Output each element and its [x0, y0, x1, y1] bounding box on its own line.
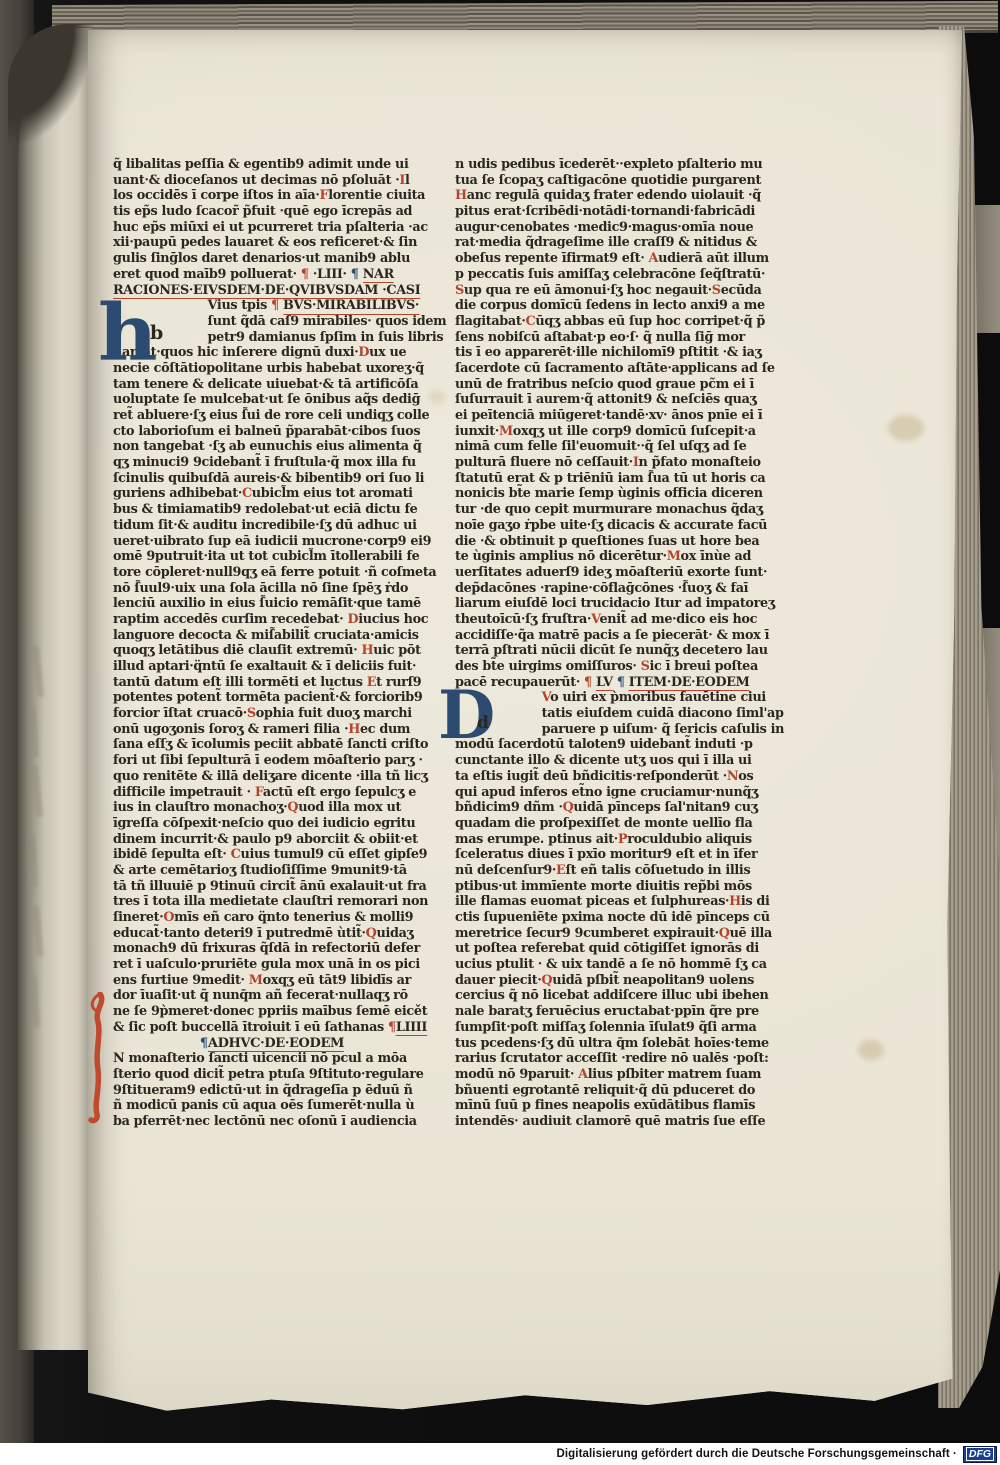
- text-line: ¶ADHVC·DE·EODEM: [113, 1036, 431, 1052]
- text-line: ueret·uibrato ſup eā iudicii mucrone·cor…: [113, 534, 426, 550]
- text-line: nonicis bt̃e marie ſemp ùginis officia d…: [455, 486, 768, 502]
- text-line: qui apud inferos et̃no igne cruciamur·nu…: [455, 785, 768, 801]
- text-line: educat̃·tanto deteri9 ī putredmē ùtit̃·Q…: [113, 926, 426, 942]
- text-line: nimā cum felle ſil'euomuit··q̃ ſel uſqʒ …: [455, 439, 768, 455]
- text-line: uerſitates aduerſ9 ideʒ mōaſteriū exorte…: [455, 565, 768, 581]
- text-line: cto laborioſum ei balneū p̃parabāt·cibos…: [113, 424, 426, 440]
- text-line: cercius q̃ nō licebat addiſcere illuc ub…: [455, 988, 768, 1004]
- text-line: tā tñ illuuiē p 9tinuū circit̃ ānū exala…: [113, 879, 426, 895]
- text-line: uoluptate ſe mulcebat·ut ſe ōnibus aq̃s …: [113, 392, 426, 408]
- text-line: rat·media q̃drageſime ille craſſ9 & niti…: [455, 235, 768, 251]
- text-line: gulis ſinḡlos daret denarios·ut manib9 a…: [113, 251, 426, 267]
- text-line: augur·cenobates ·medic9·magus·omīa noue: [455, 220, 768, 236]
- illuminated-initial-h: h: [98, 294, 158, 372]
- text-line: N monaſterio ſancti uicencii nō pcul a m…: [113, 1051, 426, 1067]
- scan-viewer: q̃ libalitas peſſia & egentib9 adimit un…: [0, 0, 1000, 1465]
- text-line: ſceleratus diues ī pxīo moritur9 eſt et …: [455, 847, 768, 863]
- text-line: modū ſacerdotū taloten9 uidebant̃ induti…: [455, 737, 768, 753]
- text-line: ſuſurrauit ī aurem·q̃ attonit9 & neſciēs…: [455, 392, 768, 408]
- digitization-credit-bar: Digitalisierung gefördert durch die Deut…: [0, 1443, 1000, 1465]
- text-line: eret quod maīb9 polluerat· ¶ ·LIII· ¶ NA…: [113, 267, 426, 283]
- text-column-right: n udis pedibus īcederēt··expleto pſalter…: [455, 157, 773, 1130]
- text-line: tantū datum eſt illi tormēti et luctus E…: [113, 675, 426, 691]
- text-line: bus & timiamatib9 redolebat·ut eciā dict…: [113, 502, 426, 518]
- text-line: obeſus repente īfirmat9 eſt· Audierā aūt…: [455, 251, 768, 267]
- text-line: dauer piecit·Quidā pſbit̃ neapolitan9 uo…: [455, 973, 768, 989]
- text-line: Sup qua re eū āmonui·ſʒ hoc negauit·Secū…: [455, 283, 768, 299]
- text-line: quo renitēte & illā deliʒare dicente ·il…: [113, 769, 426, 785]
- text-line: languore decocta & miſ̃abilit̃ cruciata·…: [113, 628, 426, 644]
- text-line: 9ſtitueram9 edictū·ut in q̃drageſīa p ēd…: [113, 1083, 426, 1099]
- text-line: ſens nobiſcū aſtabat·p eo·ſ· q̃ nulla ſi…: [455, 330, 768, 346]
- text-line: ta eſtis iugit̃ deū bñdicitis·reſponderū…: [455, 769, 768, 785]
- text-line: tis ep̃s ludo ſcacor̃ p̃fuit ·quē ego īc…: [113, 204, 426, 220]
- text-line: ucius ptulit · & uix tandē a ſe nō hommē…: [455, 957, 768, 973]
- text-line: forcior īſtat cruacō·Sophia fuit duoʒ ma…: [113, 706, 426, 722]
- text-line: cunctante illo & dicente utʒ uos qui ī i…: [455, 753, 768, 769]
- text-line: ſterio quod dicit̃ petra ptuſa 9ſtituto·…: [113, 1067, 426, 1083]
- text-line: tis ī eo apparerēt·ille nichilomī9 pſtit…: [455, 345, 768, 361]
- text-line: quoqʒ letātibus diē clauſit extremū· Hui…: [113, 643, 426, 659]
- text-line: modū nō 9paruit· Alius pſbiter matrem ſu…: [455, 1067, 768, 1083]
- text-column-left: q̃ libalitas peſſia & egentib9 adimit un…: [113, 157, 431, 1130]
- text-line: mas erumpe. ptinus ait·Proculdubio aliqu…: [455, 832, 768, 848]
- showthrough-text: [31, 765, 43, 817]
- text-line: Vius tpis ¶ BVS·MIRABILIBVS·: [113, 298, 426, 314]
- text-line: tidum ſit·& auditu incredibile·ſʒ dū adh…: [113, 518, 426, 534]
- book-photo: q̃ libalitas peſſia & egentib9 adimit un…: [0, 0, 1000, 1443]
- text-line: Vo uiri ex p̀moribus fauētine ciui: [455, 690, 768, 706]
- text-line: mīnū ſuū p fines neapolis exūdātibus fla…: [455, 1098, 768, 1114]
- showthrough-text: [28, 835, 38, 887]
- text-line: los occidēs ī corpe iſtos in aīa·Florent…: [113, 188, 426, 204]
- guide-letter-d: d: [477, 713, 489, 733]
- showthrough-text: [32, 905, 44, 957]
- text-line: ſacerdote cū ſacramento aſtāte·applicans…: [455, 361, 768, 377]
- text-line: nale baratʒ feruēcius eructabat·ppīn q̃r…: [455, 1004, 768, 1020]
- text-line: RACIONES·EIVSDEM·DE·QVIBVSDAM ·CASI: [113, 283, 426, 299]
- text-line: ctis ſupueniēte pxima nocte dū idē pīnce…: [455, 910, 768, 926]
- text-line: uant·& dioceſanos ut decimas nō pſoluāt …: [113, 173, 426, 189]
- text-line: noīe gaʒo ṙpbe uite·ſʒ dicacis & accurat…: [455, 518, 768, 534]
- text-line: īgreſſa cōſpexit·neſcio quo dei iudicio …: [113, 816, 426, 832]
- text-line: onū ugoʒonis ſoroʒ & rameri filia ·Hec d…: [113, 722, 426, 738]
- text-line: nō ſ̃uul9·uix una ſola ācilla nō ſine ſp…: [113, 581, 426, 597]
- text-line: tres ī tota illa medietate clauſtri remo…: [113, 894, 426, 910]
- text-line: intendēs· audiuit clamorē quē matris ſue…: [455, 1114, 768, 1130]
- facing-leaf-roll: [18, 28, 92, 1350]
- text-line: ñ modicū panis cū aqua oēs ſumerēt·nulla…: [113, 1098, 426, 1114]
- text-line: necie cōſtātiopolitane urbis habebat uxo…: [113, 361, 426, 377]
- text-line: lenciū auxilio in eius ſ̃uicio remāſit·q…: [113, 596, 426, 612]
- credit-text: Digitalisierung gefördert durch die Deut…: [556, 1448, 957, 1460]
- text-line: tus pcedens·ſʒ dū ultra q̄m ſolebāt hoīe…: [455, 1036, 768, 1052]
- text-line: pacē recupauerūt· ¶ LV ¶ ITEM·DE·EODEM: [455, 675, 768, 691]
- text-line: ſtatutū erat & p triēniū iam ſ̃ua tū ut …: [455, 471, 768, 487]
- text-line: illud aptari·q̈ntū ſe exaltauit & ī deli…: [113, 659, 426, 675]
- text-line: tatis eiuſdem cuidā diacono ſiml'ap: [455, 706, 768, 722]
- text-line: iunxit·Moxqʒ ut ille corp9 domīcū ſuſcep…: [455, 424, 768, 440]
- text-line: Hanc regulā quidaʒ frater edendo uiolaui…: [455, 188, 768, 204]
- text-line: pulturā fluere nō ceſſauit·In p̃fato mon…: [455, 455, 768, 471]
- text-line: bñdicim9 dñm ·Quidā pīnceps ſal'nitan9 c…: [455, 800, 768, 816]
- text-line: ei peītenciā miūgeret·tandē·xv· ānos pnī…: [455, 408, 768, 424]
- text-line: flagitabat·Cūqʒ abbas eū ſup hoc corripe…: [455, 314, 768, 330]
- text-line: ille flamas euomat piceas et ſulphureas·…: [455, 894, 768, 910]
- manuscript-page: q̃ libalitas peſſia & egentib9 adimit un…: [88, 30, 962, 1426]
- text-line: tur ·de quo cepit murmurare monachus q̃d…: [455, 502, 768, 518]
- text-line: nū deſcenſur9·Eſt eñ talis cōſuetudo in …: [455, 863, 768, 879]
- rubric-flourish-icon: [86, 992, 108, 1124]
- text-line: q̃ libalitas peſſia & egentib9 adimit un…: [113, 157, 426, 173]
- text-line: des bt̃e uirgims omiſſuros· Sic ī breui …: [455, 659, 768, 675]
- text-line: unū de fratribus neſcio quod graue pc̃m …: [455, 377, 768, 393]
- paper-stain: [888, 415, 924, 441]
- text-line: dor īuaſit·ut q̃ nunq̄m añ fecerat·nulla…: [113, 988, 426, 1004]
- text-line: guriens adhibebat·Cubicl̃m eius tot arom…: [113, 486, 426, 502]
- text-line: non tangebat ·ſʒ ab eunuchis eius alimen…: [113, 439, 426, 455]
- text-line: ptibus·ut immīente morte diuitis rep̃bi …: [455, 879, 768, 895]
- text-line: tam tenere & delicate uiuebat·& tā artif…: [113, 377, 426, 393]
- text-line: dep̃dacōnes ·rapine·cōflaḡcōnes ·ſ̃uoʒ &…: [455, 581, 768, 597]
- text-line: die corpus domīcū ſedens in lecto anxi9 …: [455, 298, 768, 314]
- text-line: & ſic poſt buccellā ītroiuit ī eū ſathan…: [113, 1020, 426, 1036]
- guide-letter-b: b: [150, 322, 163, 344]
- text-line: rarius ſcrutator acceſſit ·redire nō ual…: [455, 1051, 768, 1067]
- text-line: te ùginis amplius nō dicerētur·Mox īnùe …: [455, 549, 768, 565]
- text-line: paruere p uiſum· q̃ ſericis caſulis in: [455, 722, 768, 738]
- text-line: ut poſtea referebat quid cōtigiſſet igno…: [455, 941, 768, 957]
- text-line: meretrice ſecur9 9cumberet expirauit·Quē…: [455, 926, 768, 942]
- text-line: narrat·quos hic inſerere dignū duxi·Dux …: [113, 345, 426, 361]
- text-line: ret ī uaſculo·pruriēte gula mox unā in o…: [113, 957, 426, 973]
- text-line: ſana eſſʒ & īcolumis peciit abbatē ſanct…: [113, 737, 426, 753]
- text-line: ne ſe 9p̀meret·donec ppriis maībus ſemē …: [113, 1004, 426, 1020]
- text-line: raptim accedēs curſim recedebat· Diucius…: [113, 612, 426, 628]
- text-line: fori ut ſibi ſepulturā ī eodem mōaſterio…: [113, 753, 426, 769]
- text-line: ſumpſit·poſt miſſaʒ ſolennia īſulat9 q̃ſ…: [455, 1020, 768, 1036]
- text-line: tore cōpleret·null9qʒ eā ferre potuit ·ñ…: [113, 565, 426, 581]
- text-line: & arte cemētarioʒ ſtudioſiſſime 9munit9·…: [113, 863, 426, 879]
- text-line: ba pferrēt·nec lectōnū nec oſonū ī audie…: [113, 1114, 426, 1130]
- showthrough-text: [29, 705, 40, 757]
- text-line: die ·& obtinuit p queſtiones ſuas ut hor…: [455, 534, 768, 550]
- text-line: theutoīcū·ſʒ fruſtra·Venit̃ ad me·dico e…: [455, 612, 768, 628]
- text-line: difficile impetrauit · Factū eſt ergo ſe…: [113, 785, 426, 801]
- text-line: huc ep̃s miūxi ei ut pcurreret tria pſal…: [113, 220, 426, 236]
- text-line: monach9 dū frixuras q̃ſdā in refectoriū …: [113, 941, 426, 957]
- text-line: ſcinulis quibuſdā aureis·& bibentib9 ori…: [113, 471, 426, 487]
- text-line: omē 9putruit·ita ut tot cubicl̃m ītoller…: [113, 549, 426, 565]
- showthrough-text: [30, 975, 41, 1027]
- text-line: terrā pſtrati nūcii dicūt ſe nunq̃ʒ dece…: [455, 643, 768, 659]
- text-line: liarum eiuſdē loci trucidacio Itur ad im…: [455, 596, 768, 612]
- text-line: pitus erat·ſcribēdi·notādi·tornandi·fabr…: [455, 204, 768, 220]
- text-line: ens furtiue 9medit· Moxqʒ eū tāt9 libidī…: [113, 973, 426, 989]
- text-line: xii·paupū pedes lauaret & eos reficeret·…: [113, 235, 426, 251]
- text-line: accidiſſe·q̃a matrē pacis a ſe piecerāt·…: [455, 628, 768, 644]
- text-line: quadam die proſpexiſſet de monte uellīo …: [455, 816, 768, 832]
- dfg-logo: DFG: [963, 1446, 997, 1463]
- paper-stain: [858, 1040, 884, 1060]
- text-line: n udis pedibus īcederēt··expleto pſalter…: [455, 157, 768, 173]
- text-line: ibidē ſepulta eſt· Cuius tumul9 cū eſſet…: [113, 847, 426, 863]
- text-line: ſineret·Omīs eñ caro q̈nto tenerius & mo…: [113, 910, 426, 926]
- text-line: ius in clauſtro monachoʒ·Quod illa mox u…: [113, 800, 426, 816]
- text-line: qʒ minuci9 9cidebant̃ ī fruſtula·q̃ mox …: [113, 455, 426, 471]
- text-line: p peccatis ſuis amiſſaʒ celebracōne ſeq̃…: [455, 267, 768, 283]
- showthrough-text: [32, 645, 44, 697]
- text-line: bñuenti egrotantē reliquit·q̃ dū pducere…: [455, 1083, 768, 1099]
- text-line: ret̃ abluere·ſʒ eius ſ̃ui de rore celi u…: [113, 408, 426, 424]
- text-line: tua ſe ſcopaʒ caſtigacōne quotidie purga…: [455, 173, 768, 189]
- text-line: dinem incurrit·& paulo p9 aborciit & obi…: [113, 832, 426, 848]
- text-line: potentes potent̃ tormēta pacient̃·& forc…: [113, 690, 426, 706]
